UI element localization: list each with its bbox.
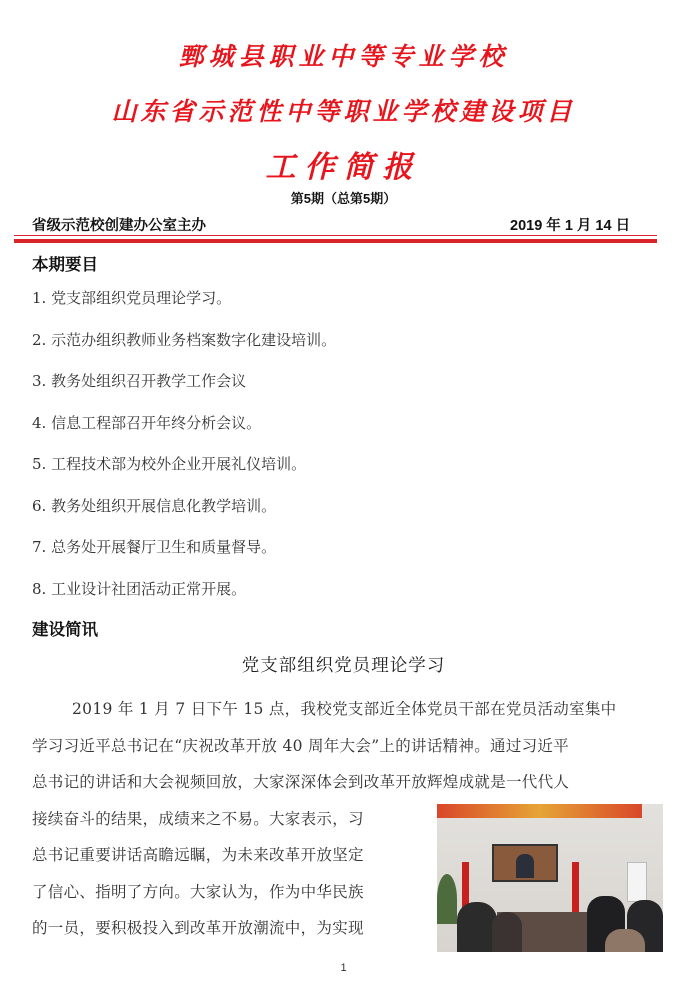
project-name-title: 山东省示范性中等职业学校建设项目 — [0, 92, 687, 128]
photo-plant — [437, 874, 457, 924]
bulletin-title: 工作简报 — [0, 142, 687, 186]
toc-item: 3. 教务处组织召开教学工作会议 — [32, 368, 336, 410]
toc-item: 4. 信息工程部召开年终分析会议。 — [32, 410, 336, 452]
header-divider-thick — [14, 239, 657, 243]
article-line: 总书记的讲话和大会视频回放，大家深深体会到改革开放辉煌成就是一代代人 — [32, 770, 569, 792]
photo-person — [457, 902, 497, 952]
page-number: 1 — [0, 962, 687, 974]
article-line: 接续奋斗的结果，成绩来之不易。大家表示，习 — [32, 807, 364, 829]
article-line: 的一员，要积极投入到改革开放潮流中，为实现 — [32, 916, 364, 938]
photo-tv-speaker — [516, 854, 534, 878]
news-heading: 建设简讯 — [32, 616, 98, 640]
toc-item: 6. 教务处组织开展信息化教学培训。 — [32, 493, 336, 535]
article-line: 了信心、指明了方向。大家认为，作为中华民族 — [32, 880, 364, 902]
article-line: 总书记重要讲话高瞻远瞩，为未来改革开放坚定 — [32, 843, 364, 865]
organizer-label: 省级示范校创建办公室主办 — [32, 214, 206, 235]
issue-number: 第5期（总第5期） — [0, 188, 687, 207]
photo-air-conditioner — [627, 862, 647, 902]
toc-heading: 本期要目 — [32, 251, 98, 275]
school-name-title: 鄄城县职业中等专业学校 — [0, 37, 687, 73]
article-line: 2019 年 1 月 7 日下午 15 点，我校党支部近全体党员干部在党员活动室… — [72, 697, 616, 719]
header-divider-thin — [14, 235, 657, 236]
photo-tv-screen — [492, 844, 558, 882]
toc-list: 1. 党支部组织党员理论学习。 2. 示范办组织教师业务档案数字化建设培训。 3… — [32, 285, 336, 617]
article-photo — [437, 804, 663, 952]
toc-item: 7. 总务处开展餐厅卫生和质量督导。 — [32, 534, 336, 576]
toc-item: 2. 示范办组织教师业务档案数字化建设培训。 — [32, 327, 336, 369]
photo-banner — [437, 804, 642, 818]
toc-item: 8. 工业设计社团活动正常开展。 — [32, 576, 336, 618]
article-line: 学习习近平总书记在“庆祝改革开放 40 周年大会”上的讲话精神。通过习近平 — [32, 734, 569, 756]
photo-person — [492, 912, 522, 952]
toc-item: 1. 党支部组织党员理论学习。 — [32, 285, 336, 327]
photo-flag-right — [572, 862, 579, 917]
toc-item: 5. 工程技术部为校外企业开展礼仪培训。 — [32, 451, 336, 493]
article-title: 党支部组织党员理论学习 — [0, 652, 687, 677]
publish-date: 2019 年 1 月 14 日 — [510, 214, 630, 235]
photo-person — [605, 929, 645, 952]
